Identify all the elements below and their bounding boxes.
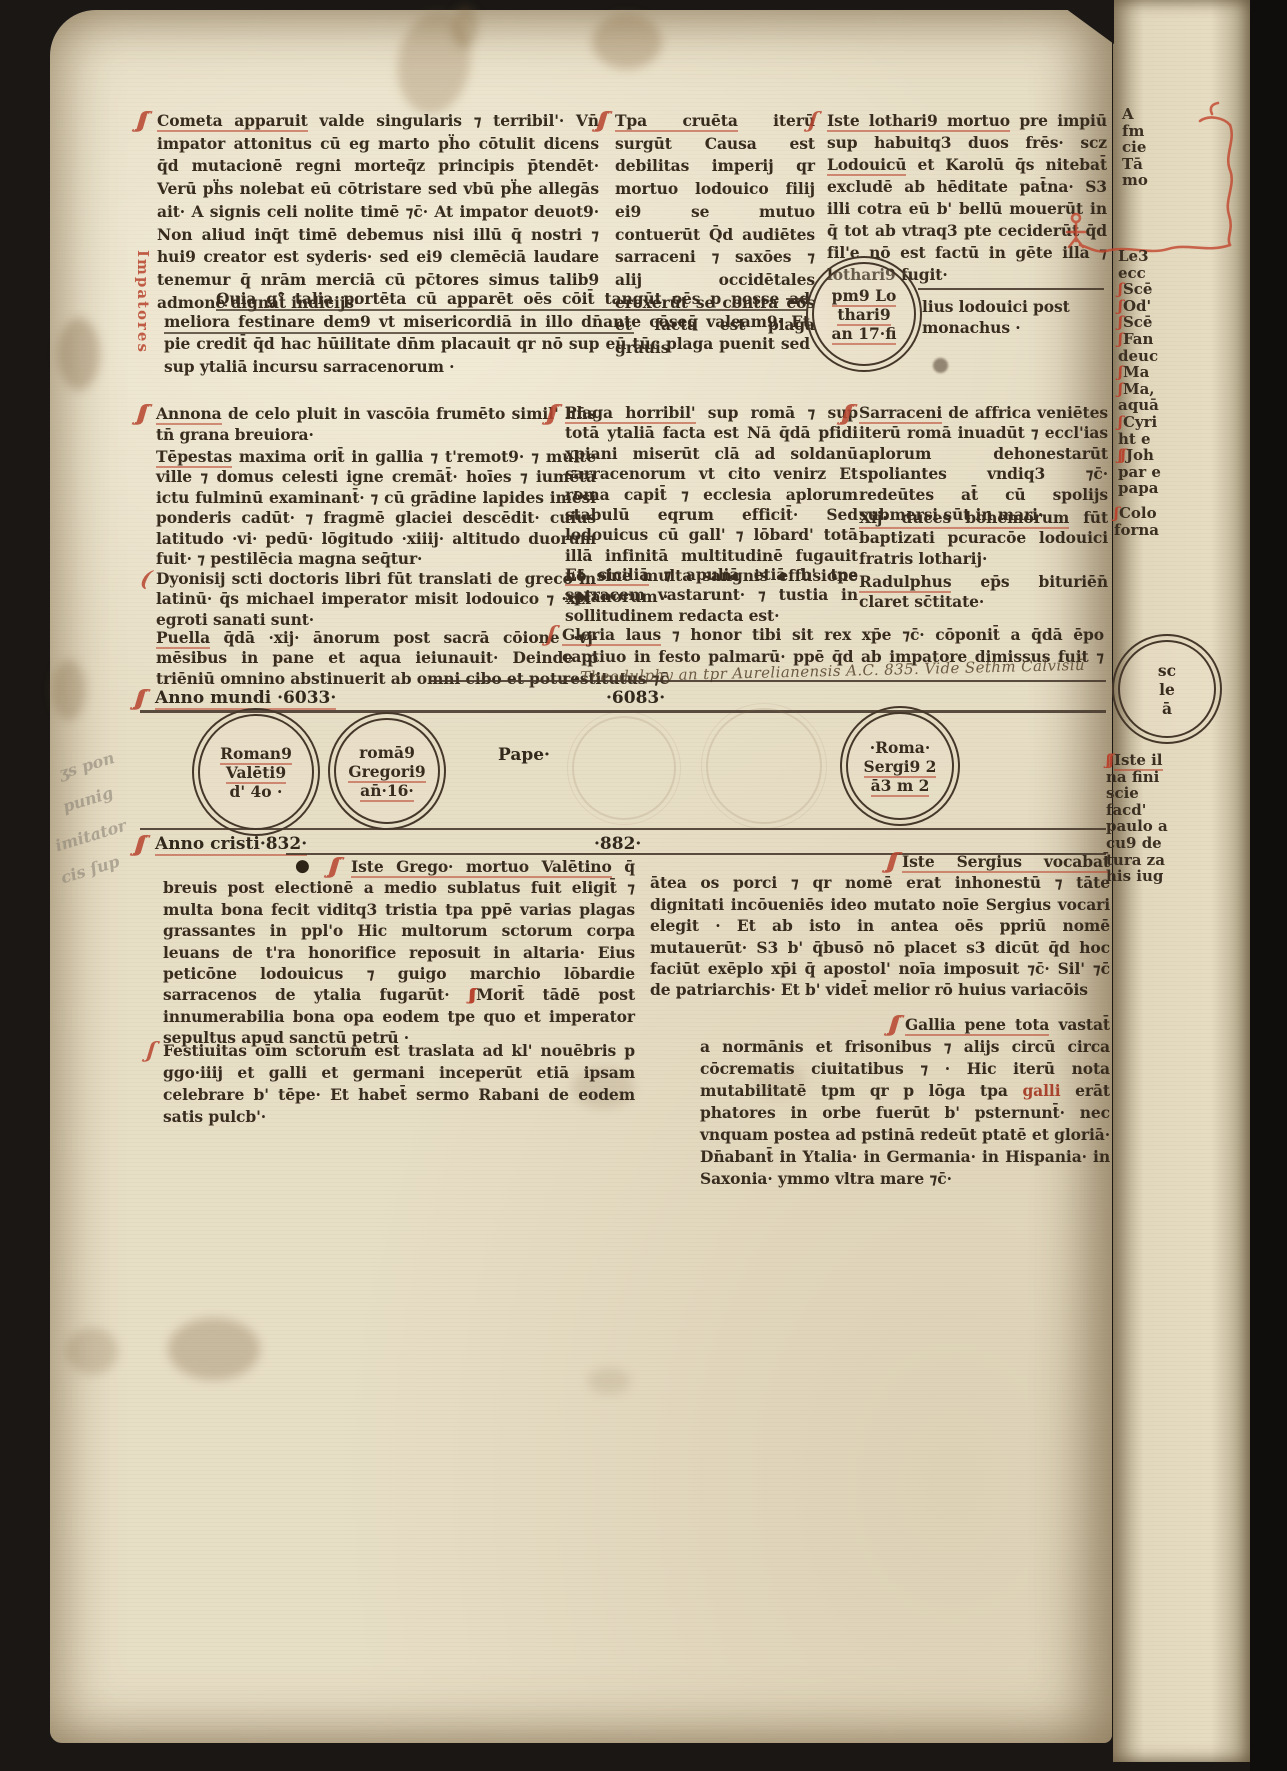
text-segment: le <box>1159 680 1175 699</box>
printed-underline <box>164 332 634 334</box>
text-segment: Od' <box>1123 297 1151 315</box>
text-line: ecc <box>1118 265 1161 282</box>
rubric-mark: ʃʃ <box>1118 446 1126 464</box>
text-line: ʃFan <box>1118 331 1161 348</box>
text-segment: Festiuitas oīm sctorum est traslata ad k… <box>163 1041 635 1126</box>
text-segment: ātea os porci ⁊ qr nomē erat inhonestū ⁊… <box>650 873 1110 999</box>
rubric-mark: ʃʃ <box>1106 751 1114 769</box>
text-segment: ·Roma· <box>870 738 930 757</box>
text-segment: thari9 <box>837 305 890 326</box>
stain <box>168 1318 260 1380</box>
text-segment: Gloria laus <box>562 625 661 646</box>
timeline-rule <box>430 680 1106 682</box>
text-segment: Fan <box>1123 330 1153 348</box>
anno-cristi-text: Anno cristi·832· <box>155 834 307 856</box>
facing-page-fragments-mid: Le3eccʃScēʃOd'ʃScēʃFandeucʃMaʃMa,aquāʃCy… <box>1118 248 1161 497</box>
text-segment: Sarraceni <box>859 403 942 424</box>
text-segment: A <box>1122 105 1134 123</box>
text-line: ā <box>1162 699 1172 718</box>
text-segment: Ma <box>1123 363 1149 381</box>
text-line: ʃʃJoh <box>1118 447 1161 464</box>
paragraph-festiuitas: Festiuitas oīm sctorum est traslata ad k… <box>163 1040 635 1128</box>
text-line: romā9 <box>359 743 415 762</box>
text-line: Sergi9 2 <box>864 757 937 776</box>
text-segment: Gregori9 <box>348 762 425 783</box>
text-line: Gregori9 <box>348 762 425 781</box>
text-segment: Dyonisij scti doctoris libri fūt transla… <box>156 569 596 629</box>
text-line: scie <box>1106 785 1168 802</box>
text-segment: ā <box>1162 699 1172 718</box>
scanned-book-page: { "palette": { "paper": "#e7dec6", "ink"… <box>0 0 1287 1771</box>
text-line: mo <box>1122 172 1148 189</box>
stain <box>592 14 662 69</box>
text-segment: Xij· duces bohemorum <box>859 508 1069 529</box>
scan-background-right <box>1250 0 1287 1771</box>
text-line: ʃʃIste il <box>1106 752 1168 769</box>
text-line: ·Roma· <box>870 738 930 757</box>
text-line: cu9 de <box>1106 835 1168 852</box>
text-line: ʃOd' <box>1118 298 1161 315</box>
stain <box>933 358 948 373</box>
era-label-pape: Pape· <box>498 745 550 765</box>
paragraph-gallia: Gallia pene tota vastat̄ a normānis et f… <box>700 1014 1110 1190</box>
text-segment: his iug <box>1106 867 1163 885</box>
lothair-medallion: pm9 Lothari9an 17·fi <box>812 262 916 366</box>
text-line: sc <box>1158 661 1176 680</box>
text-line: Roman9 <box>220 744 292 763</box>
text-line: forna <box>1114 522 1159 539</box>
text-line: paulo a <box>1106 818 1168 835</box>
stain <box>452 6 478 48</box>
text-line: ʃColo <box>1114 505 1159 522</box>
text-segment: Scē <box>1123 280 1153 298</box>
text-segment: Scē <box>1123 313 1153 331</box>
pope-medallion-sergius: ·Roma·Sergi9 2ā3 m 2 <box>846 712 954 820</box>
text-line: na fini <box>1106 769 1168 786</box>
text-segment: Joh <box>1126 446 1154 464</box>
text-segment: deuc <box>1118 347 1158 365</box>
text-segment: forna <box>1114 521 1159 539</box>
text-line: ā3 m 2 <box>871 776 930 795</box>
paragraph-iste-sergius: Iste Sergius vocabat̄ ātea os porci ⁊ qr… <box>650 851 1110 1001</box>
text-line: ʃMa, <box>1118 381 1161 398</box>
text-segment: q̄dā ·xij· ānorum post sacrā cōione ·vj·… <box>156 628 598 688</box>
text-segment: Plaga horribil' <box>565 403 696 424</box>
text-line: facd' <box>1106 802 1168 819</box>
text-segment: papa <box>1118 479 1158 497</box>
paragraph-cometa: Cometa apparuit valde singularis ⁊ terri… <box>157 110 599 314</box>
text-segment: scie <box>1106 784 1139 802</box>
facing-page-fragments-top: AfmcieTāmo <box>1122 106 1148 189</box>
text-line: papa <box>1118 480 1161 497</box>
timeline-rule <box>140 828 1106 830</box>
text-segment: Tēpestas <box>156 447 232 468</box>
text-line: Le3 <box>1118 248 1161 265</box>
text-segment: valde singularis ⁊ terribil'· Vn̄ impato… <box>157 111 599 312</box>
text-line: ʃCyri <box>1118 414 1161 431</box>
text-line: pm9 Lo <box>832 286 897 305</box>
text-segment: cu9 de <box>1106 834 1162 852</box>
text-segment: ht e <box>1118 430 1151 448</box>
text-line: an 17·fi <box>832 324 897 343</box>
text-segment: q̄ breuis post electionē a medio sublatu… <box>163 857 635 1004</box>
text-segment: ʃʃ <box>468 985 476 1004</box>
text-line: ʃScē <box>1118 281 1161 298</box>
text-segment: ecc <box>1118 264 1146 282</box>
text-segment: sc <box>1158 661 1176 680</box>
printed-underline <box>216 309 808 311</box>
text-segment: Roman9 <box>220 744 292 765</box>
paragraph-dyonisij: Dyonisij scti doctoris libri fūt transla… <box>156 569 596 630</box>
text-segment: pm9 Lo <box>832 286 897 307</box>
ghost-medallion <box>706 708 822 824</box>
paragraph-duces-bohemorum: Xij· duces bohemorum fūt baptizati pcura… <box>859 508 1108 569</box>
text-segment: Colo <box>1119 504 1157 522</box>
text-segment: ā3 m 2 <box>871 776 930 797</box>
text-segment: an̄·16· <box>360 781 414 802</box>
text-segment: facd' <box>1106 801 1146 819</box>
text-line: Tā <box>1122 156 1148 173</box>
pope-medallion-partial: scleā <box>1118 640 1216 738</box>
text-segment: de celo pluit in vascōia frumēto simil' … <box>156 404 596 444</box>
paragraph-radulphus: Radulphus ep̄s bituriēn̄ claret sc̄titat… <box>859 572 1108 613</box>
text-segment: Gallia pene tota <box>905 1015 1049 1036</box>
text-segment: Annona <box>156 404 222 425</box>
stain <box>588 1368 630 1394</box>
timeline-rule-right-of-medallion <box>918 288 1104 290</box>
text-line: ʃScē <box>1118 314 1161 331</box>
text-segment: galli <box>1022 1081 1060 1100</box>
text-segment: fm <box>1122 122 1144 140</box>
text-line: fm <box>1122 123 1148 140</box>
text-line: aquā <box>1118 397 1161 414</box>
facing-page-fragments-colo: ʃColoforna <box>1114 505 1159 538</box>
paragraph-iste-gregorius: Iste Grego· mortuo Valētino q̄ breuis po… <box>163 856 635 1049</box>
text-segment: na fini <box>1106 768 1159 786</box>
text-segment: Cometa apparuit <box>157 111 308 132</box>
text-line: ht e <box>1118 431 1161 448</box>
anno-mundi-text: Anno mundi ·6033· <box>155 688 336 710</box>
text-segment: aquā <box>1118 396 1159 414</box>
text-line: thari9 <box>837 305 890 324</box>
paragraph-tempestas: Tēpestas maxima orit̄ in gallia ⁊ t'remo… <box>156 447 596 569</box>
text-line: par e <box>1118 464 1161 481</box>
anno-cristi-label: Anno cristi·832· <box>155 834 307 854</box>
pope-medallion-valentinus: Roman9Valēti9d' 4o · <box>198 714 314 830</box>
text-segment: cie <box>1122 138 1146 156</box>
text-line: le <box>1159 680 1175 699</box>
text-segment: an 17·fi <box>832 324 897 345</box>
timeline-rule-left-of-medallion <box>786 298 810 300</box>
text-line: d' 4o · <box>230 782 283 801</box>
red-annotation-squiggle <box>1058 95 1258 265</box>
text-segment: Tā <box>1122 155 1143 173</box>
text-segment: d' 4o · <box>230 782 283 801</box>
text-line: his iug <box>1106 868 1168 885</box>
stain <box>58 318 100 390</box>
text-segment: Iste Grego· mortuo Valētino <box>351 857 612 878</box>
text-line: deuc <box>1118 348 1161 365</box>
text-segment: Puella <box>156 628 210 649</box>
stain <box>52 660 86 720</box>
text-line: ʃMa <box>1118 364 1161 381</box>
text-segment: Iste Sergius vocabat̄ <box>902 852 1110 873</box>
margin-rubric-impatores: Impatores <box>134 250 152 360</box>
text-segment: par e <box>1118 463 1161 481</box>
text-segment: tura za <box>1106 851 1165 869</box>
text-segment: Et siciliā <box>565 565 649 586</box>
text-segment: Ma, <box>1123 380 1155 398</box>
text-segment: romā9 <box>359 743 415 762</box>
text-segment: Sergi9 2 <box>864 757 937 778</box>
text-segment: Tpa cruēta <box>615 111 738 132</box>
text-segment: Radulphus <box>859 572 951 593</box>
text-line: cie <box>1122 139 1148 156</box>
text-line: A <box>1122 106 1148 123</box>
anno-mundi-center-year: ·6083· <box>606 688 665 708</box>
gutter-shadow <box>1054 0 1114 44</box>
paragraph-sicilia: Et siciliā ⁊ apuliā etiā b' tpe sarracem… <box>565 565 858 626</box>
anno-cristi-center-year: ·882· <box>594 834 641 854</box>
text-line: tura za <box>1106 852 1168 869</box>
pope-medallion-gregorius: romā9Gregori9an̄·16· <box>334 718 440 824</box>
text-segment: Le3 <box>1118 247 1149 265</box>
text-line: an̄·16· <box>360 781 414 800</box>
text-segment: paulo a <box>1106 817 1168 835</box>
text-segment: Valēti9 <box>226 763 286 784</box>
text-segment: Iste lothari9 mortuo <box>827 111 1010 132</box>
stain <box>66 1328 118 1374</box>
text-segment: Lodouicū <box>827 155 906 176</box>
text-segment: mo <box>1122 171 1148 189</box>
ghost-medallion <box>572 716 676 820</box>
text-line: Valēti9 <box>226 763 286 782</box>
text-segment: Cyri <box>1123 413 1157 431</box>
facing-page-fragments-low: ʃʃIste ilna finisciefacd'paulo acu9 detu… <box>1106 752 1168 885</box>
timeline-rule <box>140 710 1106 713</box>
anno-mundi-label: Anno mundi ·6033· <box>155 688 336 708</box>
lothair-medallion-continuation: lius lodouici post monachus · <box>922 296 1104 338</box>
paragraph-annona: Annona de celo pluit in vascōia frumēto … <box>156 403 596 446</box>
